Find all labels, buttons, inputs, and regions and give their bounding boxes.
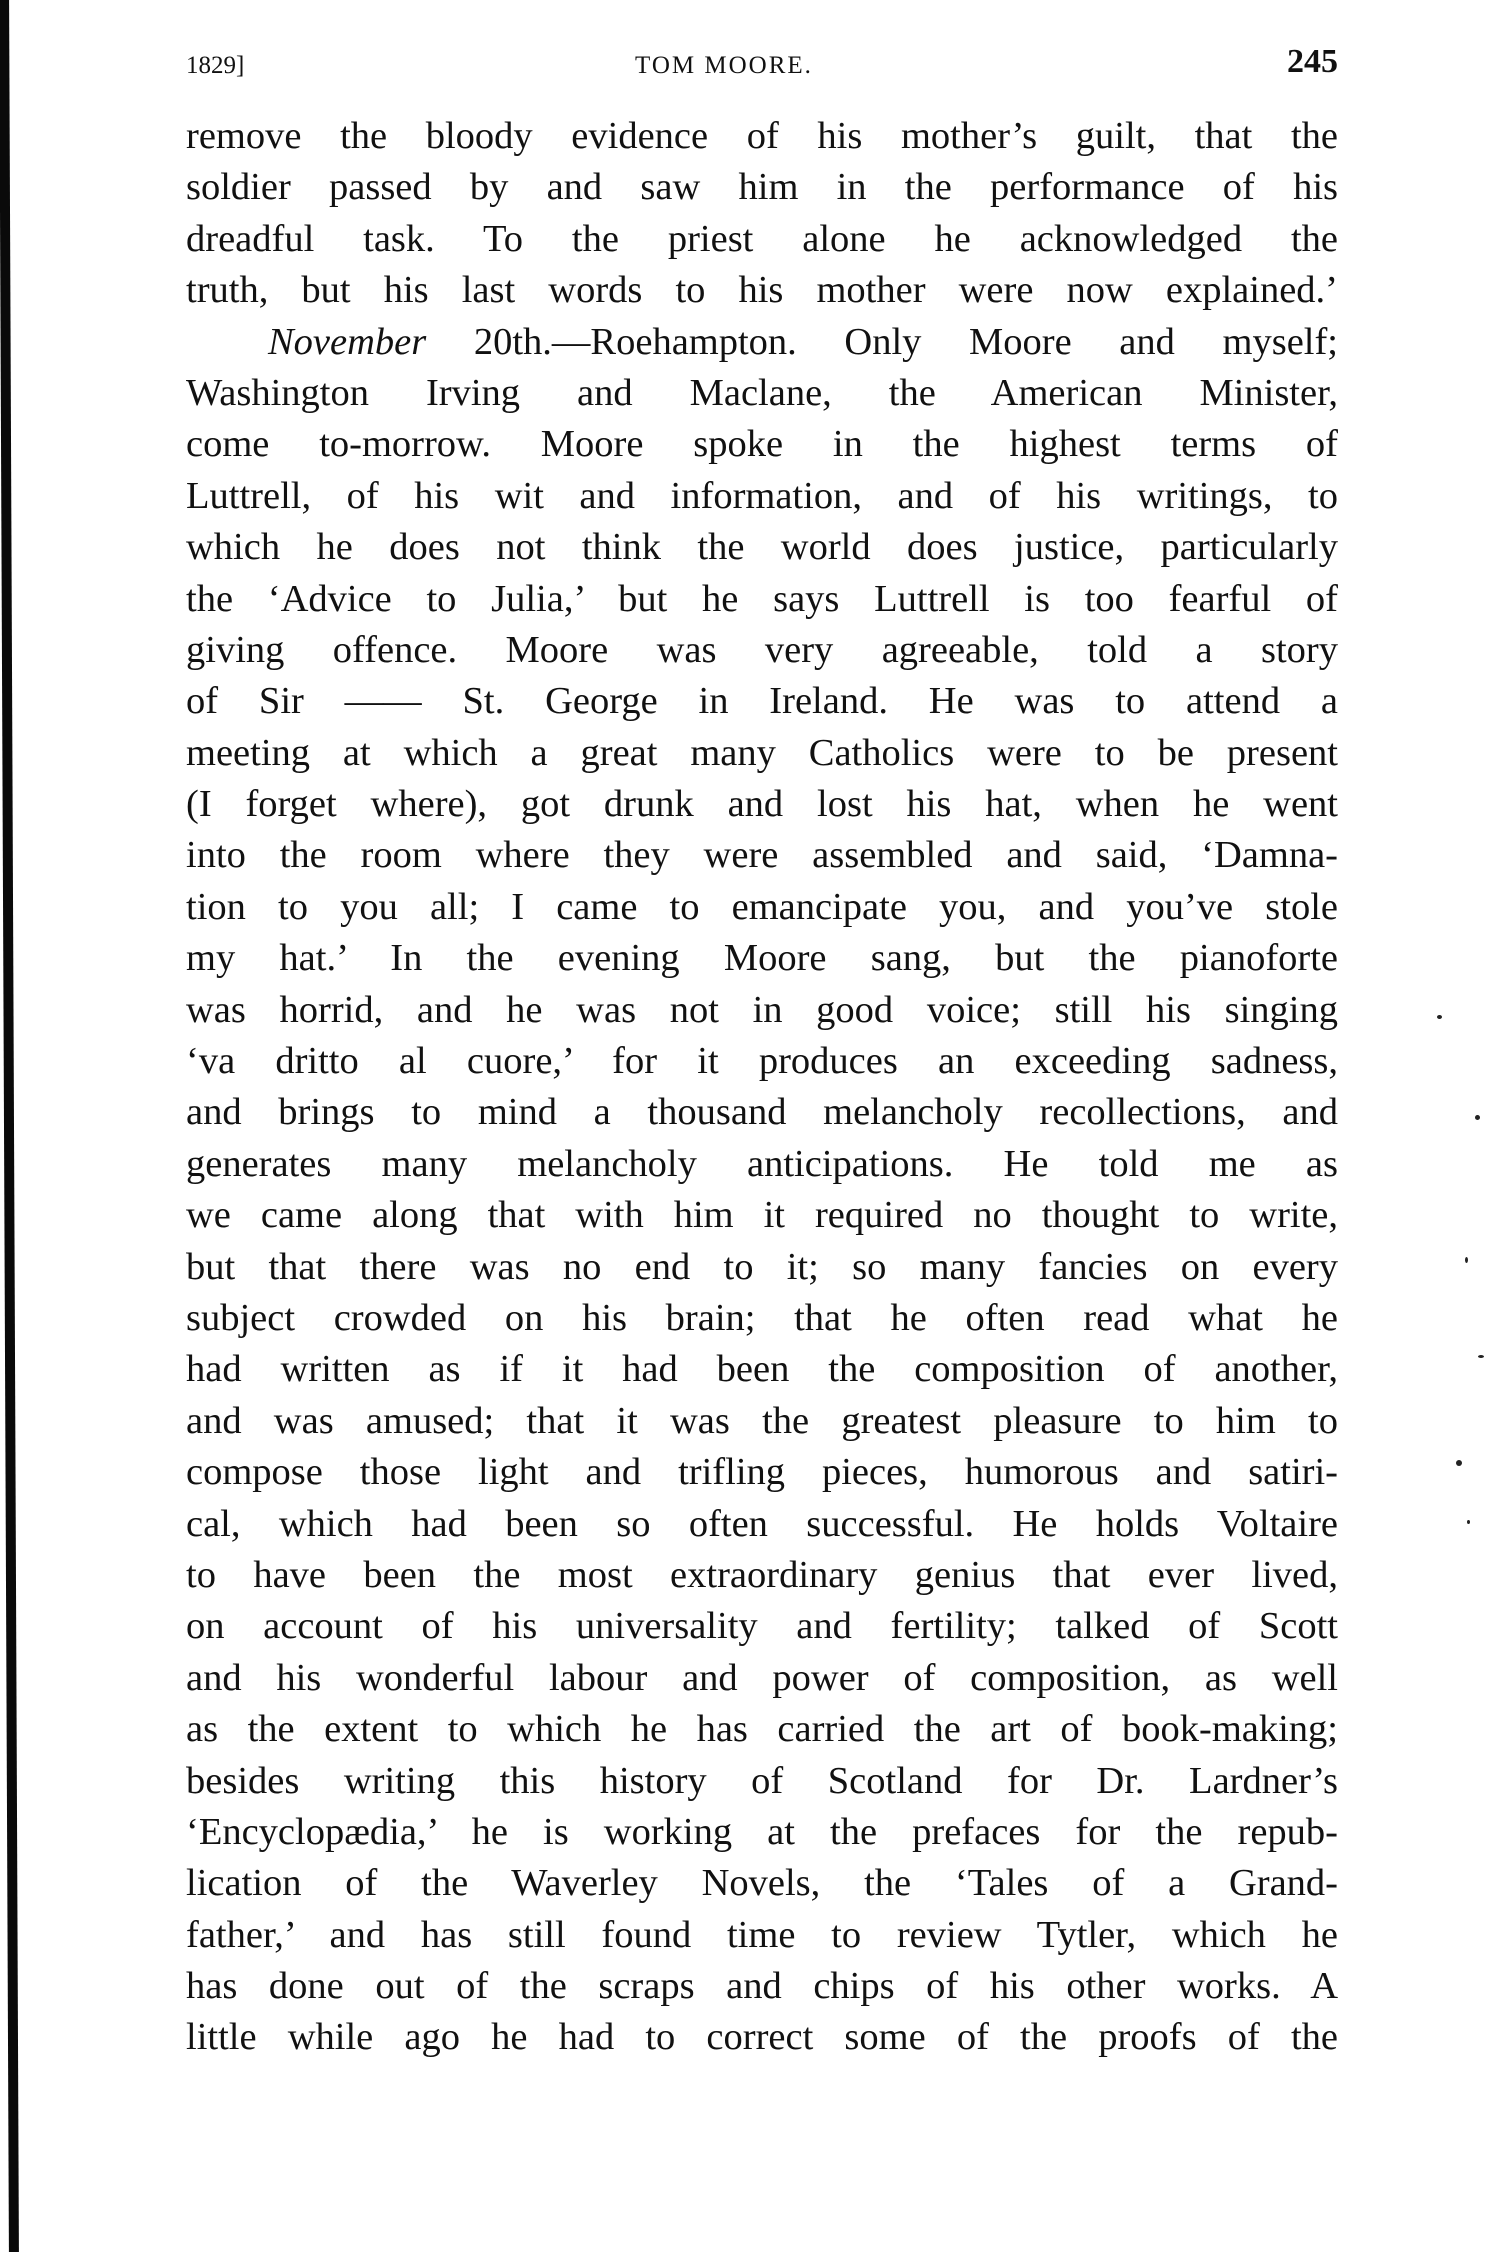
- text-line: soldier passed by and saw him in the per…: [186, 162, 1338, 213]
- text-line: had written as if it had been the compos…: [186, 1344, 1338, 1395]
- text-line: but that there was no end to it; so many…: [186, 1242, 1338, 1293]
- running-head: 1829] TOM MOORE. 245: [186, 42, 1342, 82]
- text-line: has done out of the scraps and chips of …: [186, 1961, 1338, 2012]
- text-line: of Sir —— St. George in Ireland. He was …: [186, 676, 1338, 727]
- text-line: which he does not think the world does j…: [186, 522, 1338, 573]
- text-line: and his wonderful labour and power of co…: [186, 1653, 1338, 1704]
- text-line: subject crowded on his brain; that he of…: [186, 1293, 1338, 1344]
- running-head-title: TOM MOORE.: [146, 46, 1302, 86]
- text-line: lication of the Waverley Novels, the ‘Ta…: [186, 1858, 1338, 1909]
- text-line: was horrid, and he was not in good voice…: [186, 985, 1338, 1036]
- page-number: 245: [1287, 42, 1338, 82]
- text-line: as the extent to which he has carried th…: [186, 1704, 1338, 1755]
- entry-date-rest: 20th.—Roehampton. Only Moore and myself;: [474, 321, 1338, 363]
- text-line: dreadful task. To the priest alone he ac…: [186, 214, 1338, 265]
- scan-speck: [1465, 1257, 1468, 1263]
- text-line: and brings to mind a thousand melancholy…: [186, 1087, 1338, 1138]
- text-line: Washington Irving and Maclane, the Ameri…: [186, 368, 1338, 419]
- text-line: remove the bloody evidence of his mother…: [186, 111, 1338, 162]
- text-line: into the room where they were assembled …: [186, 830, 1338, 881]
- text-line: tion to you all; I came to emancipate yo…: [186, 882, 1338, 933]
- text-line: besides writing this history of Scotland…: [186, 1756, 1338, 1807]
- text-line: we came along that with him it required …: [186, 1190, 1338, 1241]
- scan-speck: [1456, 1460, 1462, 1466]
- text-line: little while ago he had to correct some …: [186, 2012, 1338, 2063]
- text-line: Luttrell, of his wit and information, an…: [186, 471, 1338, 522]
- text-line: generates many melancholy anticipations.…: [186, 1139, 1338, 1190]
- text-line: (I forget where), got drunk and lost his…: [186, 779, 1338, 830]
- text-line: giving offence. Moore was very agreeable…: [186, 625, 1338, 676]
- text-line: ‘va dritto al cuore,’ for it produces an…: [186, 1036, 1338, 1087]
- text-line: truth, but his last words to his mother …: [186, 265, 1338, 316]
- scan-speck: [1478, 1355, 1484, 1358]
- scan-speck: [1467, 1520, 1470, 1524]
- text-line: father,’ and has still found time to rev…: [186, 1910, 1338, 1961]
- text-line: compose those light and trifling pieces,…: [186, 1447, 1338, 1498]
- text-line: ‘Encyclopædia,’ he is working at the pre…: [186, 1807, 1338, 1858]
- text-line: to have been the most extraordinary geni…: [186, 1550, 1338, 1601]
- entry-date-month: November: [268, 321, 426, 363]
- text-line: meeting at which a great many Catholics …: [186, 728, 1338, 779]
- text-line: and was amused; that it was the greatest…: [186, 1396, 1338, 1447]
- scan-speck: [1475, 1115, 1480, 1120]
- scan-speck: [1437, 1015, 1442, 1019]
- body-text: remove the bloody evidence of his mother…: [186, 111, 1338, 2064]
- text-line: cal, which had been so often successful.…: [186, 1499, 1338, 1550]
- text-line: on account of his universality and ferti…: [186, 1601, 1338, 1652]
- text-line: come to-morrow. Moore spoke in the highe…: [186, 419, 1338, 470]
- scan-binding-edge: [0, 0, 19, 2252]
- text-line: my hat.’ In the evening Moore sang, but …: [186, 933, 1338, 984]
- entry-heading-line: November 20th.—Roehampton. Only Moore an…: [186, 317, 1338, 368]
- text-line: the ‘Advice to Julia,’ but he says Luttr…: [186, 574, 1338, 625]
